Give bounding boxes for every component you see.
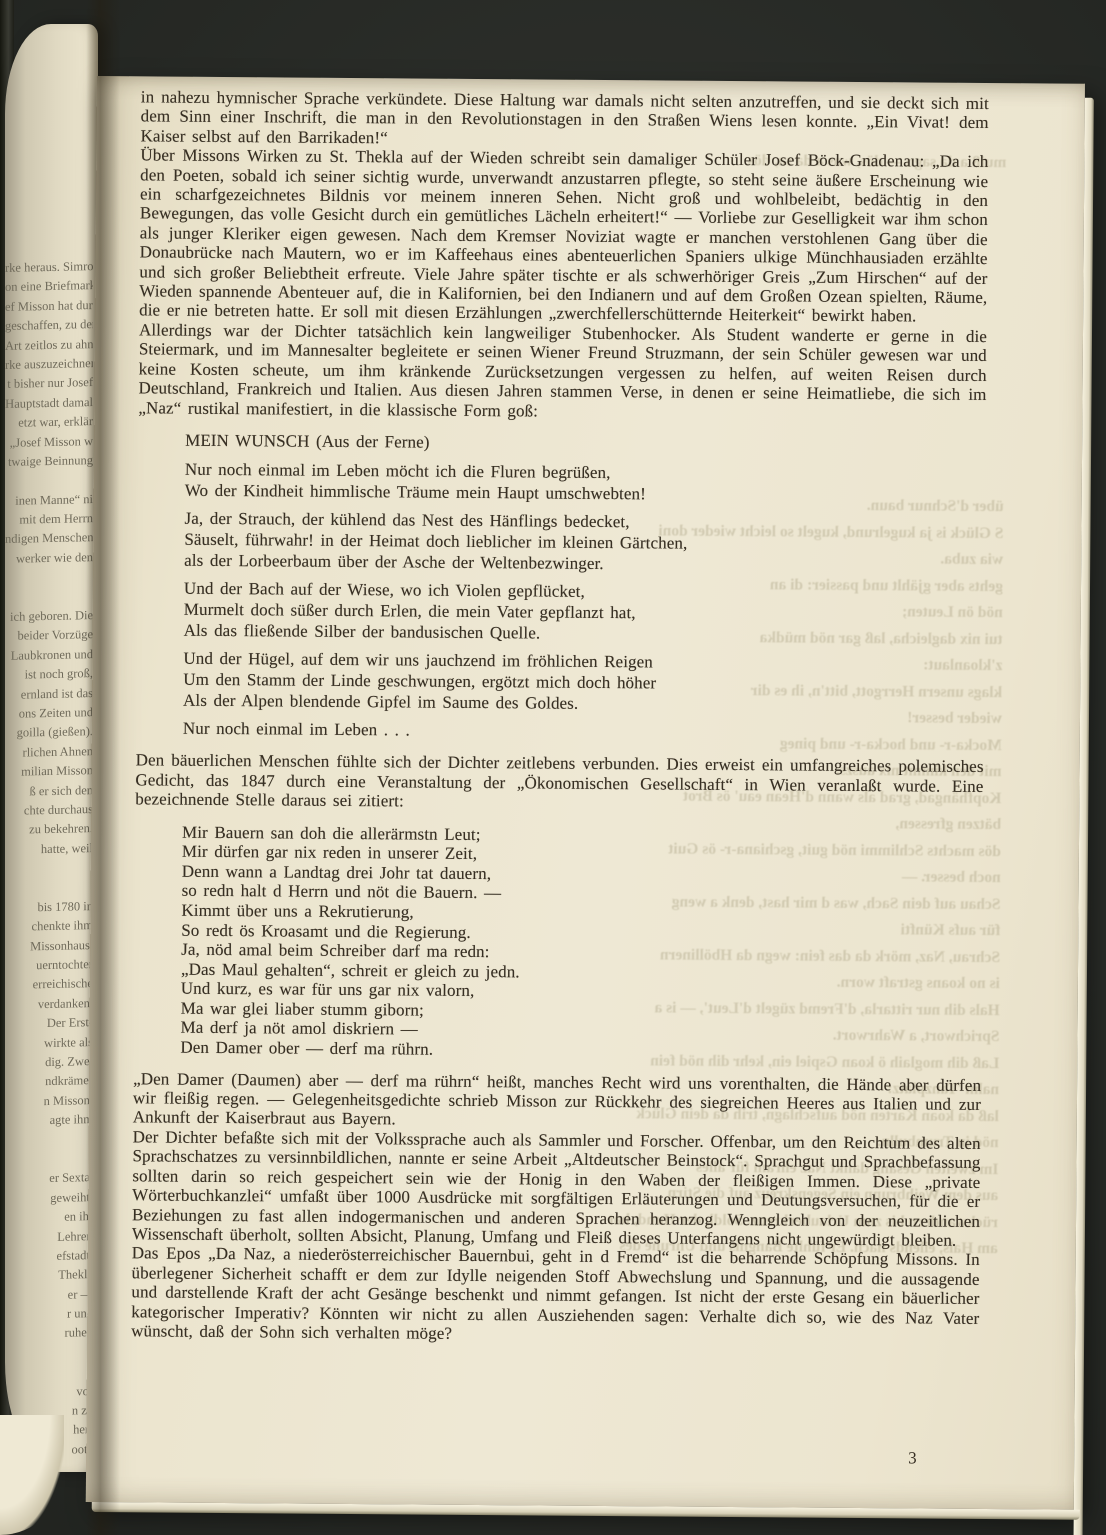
paragraph-stubenhocker: Allerdings war der Dichter tatsächlich k… xyxy=(138,320,987,424)
poem-stanza: Ja, der Strauch, der kühlend das Nest de… xyxy=(184,508,985,577)
poem-bauern-klage: Mir Bauern san doh die allerärmstn Leut;… xyxy=(180,822,983,1063)
facing-page-fragment: on eine Briefmark xyxy=(5,276,93,297)
page-stack-corner xyxy=(0,1415,64,1535)
facing-page-fragment: ndkrämer xyxy=(5,1071,93,1092)
facing-page-fragment xyxy=(5,567,93,588)
facing-page-fragment: hatte, weil xyxy=(5,839,93,860)
facing-page-fragment xyxy=(5,1343,93,1364)
poem-stanza: Und der Hügel, auf dem wir uns jauchzend… xyxy=(183,648,984,717)
book-page: muiß a da sagn — dös, was a da sa, dös ü… xyxy=(86,76,1085,1510)
paragraph-missons-wirken: Über Missons Wirken zu St. Thekla auf de… xyxy=(139,146,988,327)
facing-page-fragment: ruhen xyxy=(5,1324,93,1345)
facing-page-fragment: Hauptstadt damal xyxy=(5,393,93,414)
paragraph-den-damer: „Den Damer (Daumen) aber — derf ma rührn… xyxy=(133,1069,981,1134)
page-text: in nahezu hymnischer Sprache verkündete.… xyxy=(131,87,989,1347)
facing-page-fragment: bis 1780 in xyxy=(5,897,93,918)
poem-stanza: Und der Bach auf der Wiese, wo ich Viole… xyxy=(184,578,985,647)
facing-page-fragment: geweiht. xyxy=(5,1188,93,1209)
facing-page-fragment: beider Vorzüge xyxy=(5,626,93,647)
poem-title: MEIN WUNSCH (Aus der Ferne) xyxy=(185,431,986,457)
facing-page-fragment: agte ihm xyxy=(5,1110,93,1131)
facing-page-fragment: wirkte als xyxy=(5,1033,93,1054)
paragraph-epos-da-naz: Das Epos „Da Naz, a niederösterreichisch… xyxy=(131,1244,980,1348)
facing-page-fragment: werker wie den xyxy=(5,548,93,569)
facing-page-fragment: goilla (gießen). xyxy=(5,722,93,743)
facing-page-fragment: rlichen Ahnen xyxy=(5,742,93,763)
facing-page-fragment: en ihr xyxy=(5,1207,93,1228)
facing-page-fragment: etzt war, erklär xyxy=(5,412,93,433)
facing-page-fragment: chte durchaus xyxy=(5,800,93,821)
facing-page-fragment: n Misson. xyxy=(5,1091,93,1112)
poem-stanza: Nur noch einmal im Leben möcht ich die F… xyxy=(185,459,986,507)
facing-page-fragment: Missonhaus, xyxy=(5,936,93,957)
poem-stanzas: Nur noch einmal im Leben möcht ich die F… xyxy=(183,459,986,745)
facing-page-fragment: Thekla xyxy=(5,1265,93,1286)
facing-page-fragment: Laubkronen und xyxy=(5,645,93,666)
poem-line: Nur noch einmal im Leben . . . xyxy=(183,718,984,745)
page-stack-edge-right xyxy=(1074,98,1094,1535)
facing-page-fragment: er — xyxy=(5,1285,93,1306)
facing-page-fragment: ß er sich den xyxy=(5,781,93,802)
facing-page-fragment: Lehrer. xyxy=(5,1227,93,1248)
paragraph-baeuerliche-menschen: Den bäuerlichen Menschen fühlte sich der… xyxy=(135,751,983,816)
facing-page-fragment: „Josef Misson w xyxy=(5,432,93,453)
facing-page-fragment: verdanken. xyxy=(5,994,93,1015)
facing-page-fragment: erreichische xyxy=(5,975,93,996)
facing-page-fragment: ndigen Menschen, xyxy=(5,529,93,550)
facing-page-fragment xyxy=(5,1362,93,1383)
facing-page-fragment: zu bekehren. xyxy=(5,819,93,840)
facing-page-fragment xyxy=(5,1130,93,1151)
facing-page-fragment: rke auszuzeichnen xyxy=(5,354,93,375)
facing-page-fragment: uerntochter xyxy=(5,955,93,976)
facing-page-fragment: geschaffen, zu den xyxy=(5,315,93,336)
paragraph-hymnische-sprache: in nahezu hymnischer Sprache verkündete.… xyxy=(140,87,988,152)
facing-page-fragment: twaige Beinnung xyxy=(5,451,93,472)
facing-page-fragment xyxy=(5,470,93,491)
page-stack-edge-bottom xyxy=(92,1502,1080,1520)
facing-page-text-fragments: rke heraus. Simrodon eine Briefmarkef Mi… xyxy=(5,258,93,1460)
facing-page-fragment: ich geboren. Die xyxy=(5,606,93,627)
facing-page-fragment: Der Erst- xyxy=(5,1013,93,1034)
facing-page-fragment: milian Misson xyxy=(5,761,93,782)
facing-page-fragment xyxy=(5,858,93,879)
facing-page-fragment: inen Manne“ ni xyxy=(5,490,93,511)
facing-page-fragment: er Sexta, xyxy=(5,1168,93,1189)
facing-page-fragment: ist noch groß, xyxy=(5,664,93,685)
facing-page-fragment: mit dem Herrn xyxy=(5,509,93,530)
facing-page-fragment: vor xyxy=(5,1382,93,1403)
paragraph-volkssprache: Der Dichter befaßte sich mit der Volkssp… xyxy=(132,1127,981,1250)
facing-page-fragment: r und xyxy=(5,1304,93,1325)
poem-mein-wunsch: MEIN WUNSCH (Aus der Ferne) Nur noch ein… xyxy=(183,431,986,746)
facing-page-fragment xyxy=(5,1149,93,1170)
facing-page-fragment: ef Misson hat durch xyxy=(5,296,93,317)
poem-stanza: Nur noch einmal im Leben . . . xyxy=(183,718,984,745)
facing-page-fragment xyxy=(5,587,93,608)
facing-page-fragment: efstadt, xyxy=(5,1246,93,1267)
facing-page-fragment: ons Zeiten und xyxy=(5,703,93,724)
facing-page-fragment: Art zeitlos zu ahn xyxy=(5,335,93,356)
facing-page-fragment: chenkte ihm xyxy=(5,916,93,937)
facing-page-fragment: rke heraus. Simrod xyxy=(5,257,93,278)
facing-page-fragment xyxy=(5,878,93,899)
scanned-book-spread: rke heraus. Simrodon eine Briefmarkef Mi… xyxy=(0,0,1106,1535)
facing-page-edge: rke heraus. Simrodon eine Briefmarkef Mi… xyxy=(5,24,98,1472)
page-number: 3 xyxy=(908,1448,917,1468)
facing-page-fragment: dig. Zwei xyxy=(5,1052,93,1073)
facing-page-fragment: t bisher nur Josef xyxy=(5,373,93,394)
facing-page-fragment: ernland ist das xyxy=(5,684,93,705)
